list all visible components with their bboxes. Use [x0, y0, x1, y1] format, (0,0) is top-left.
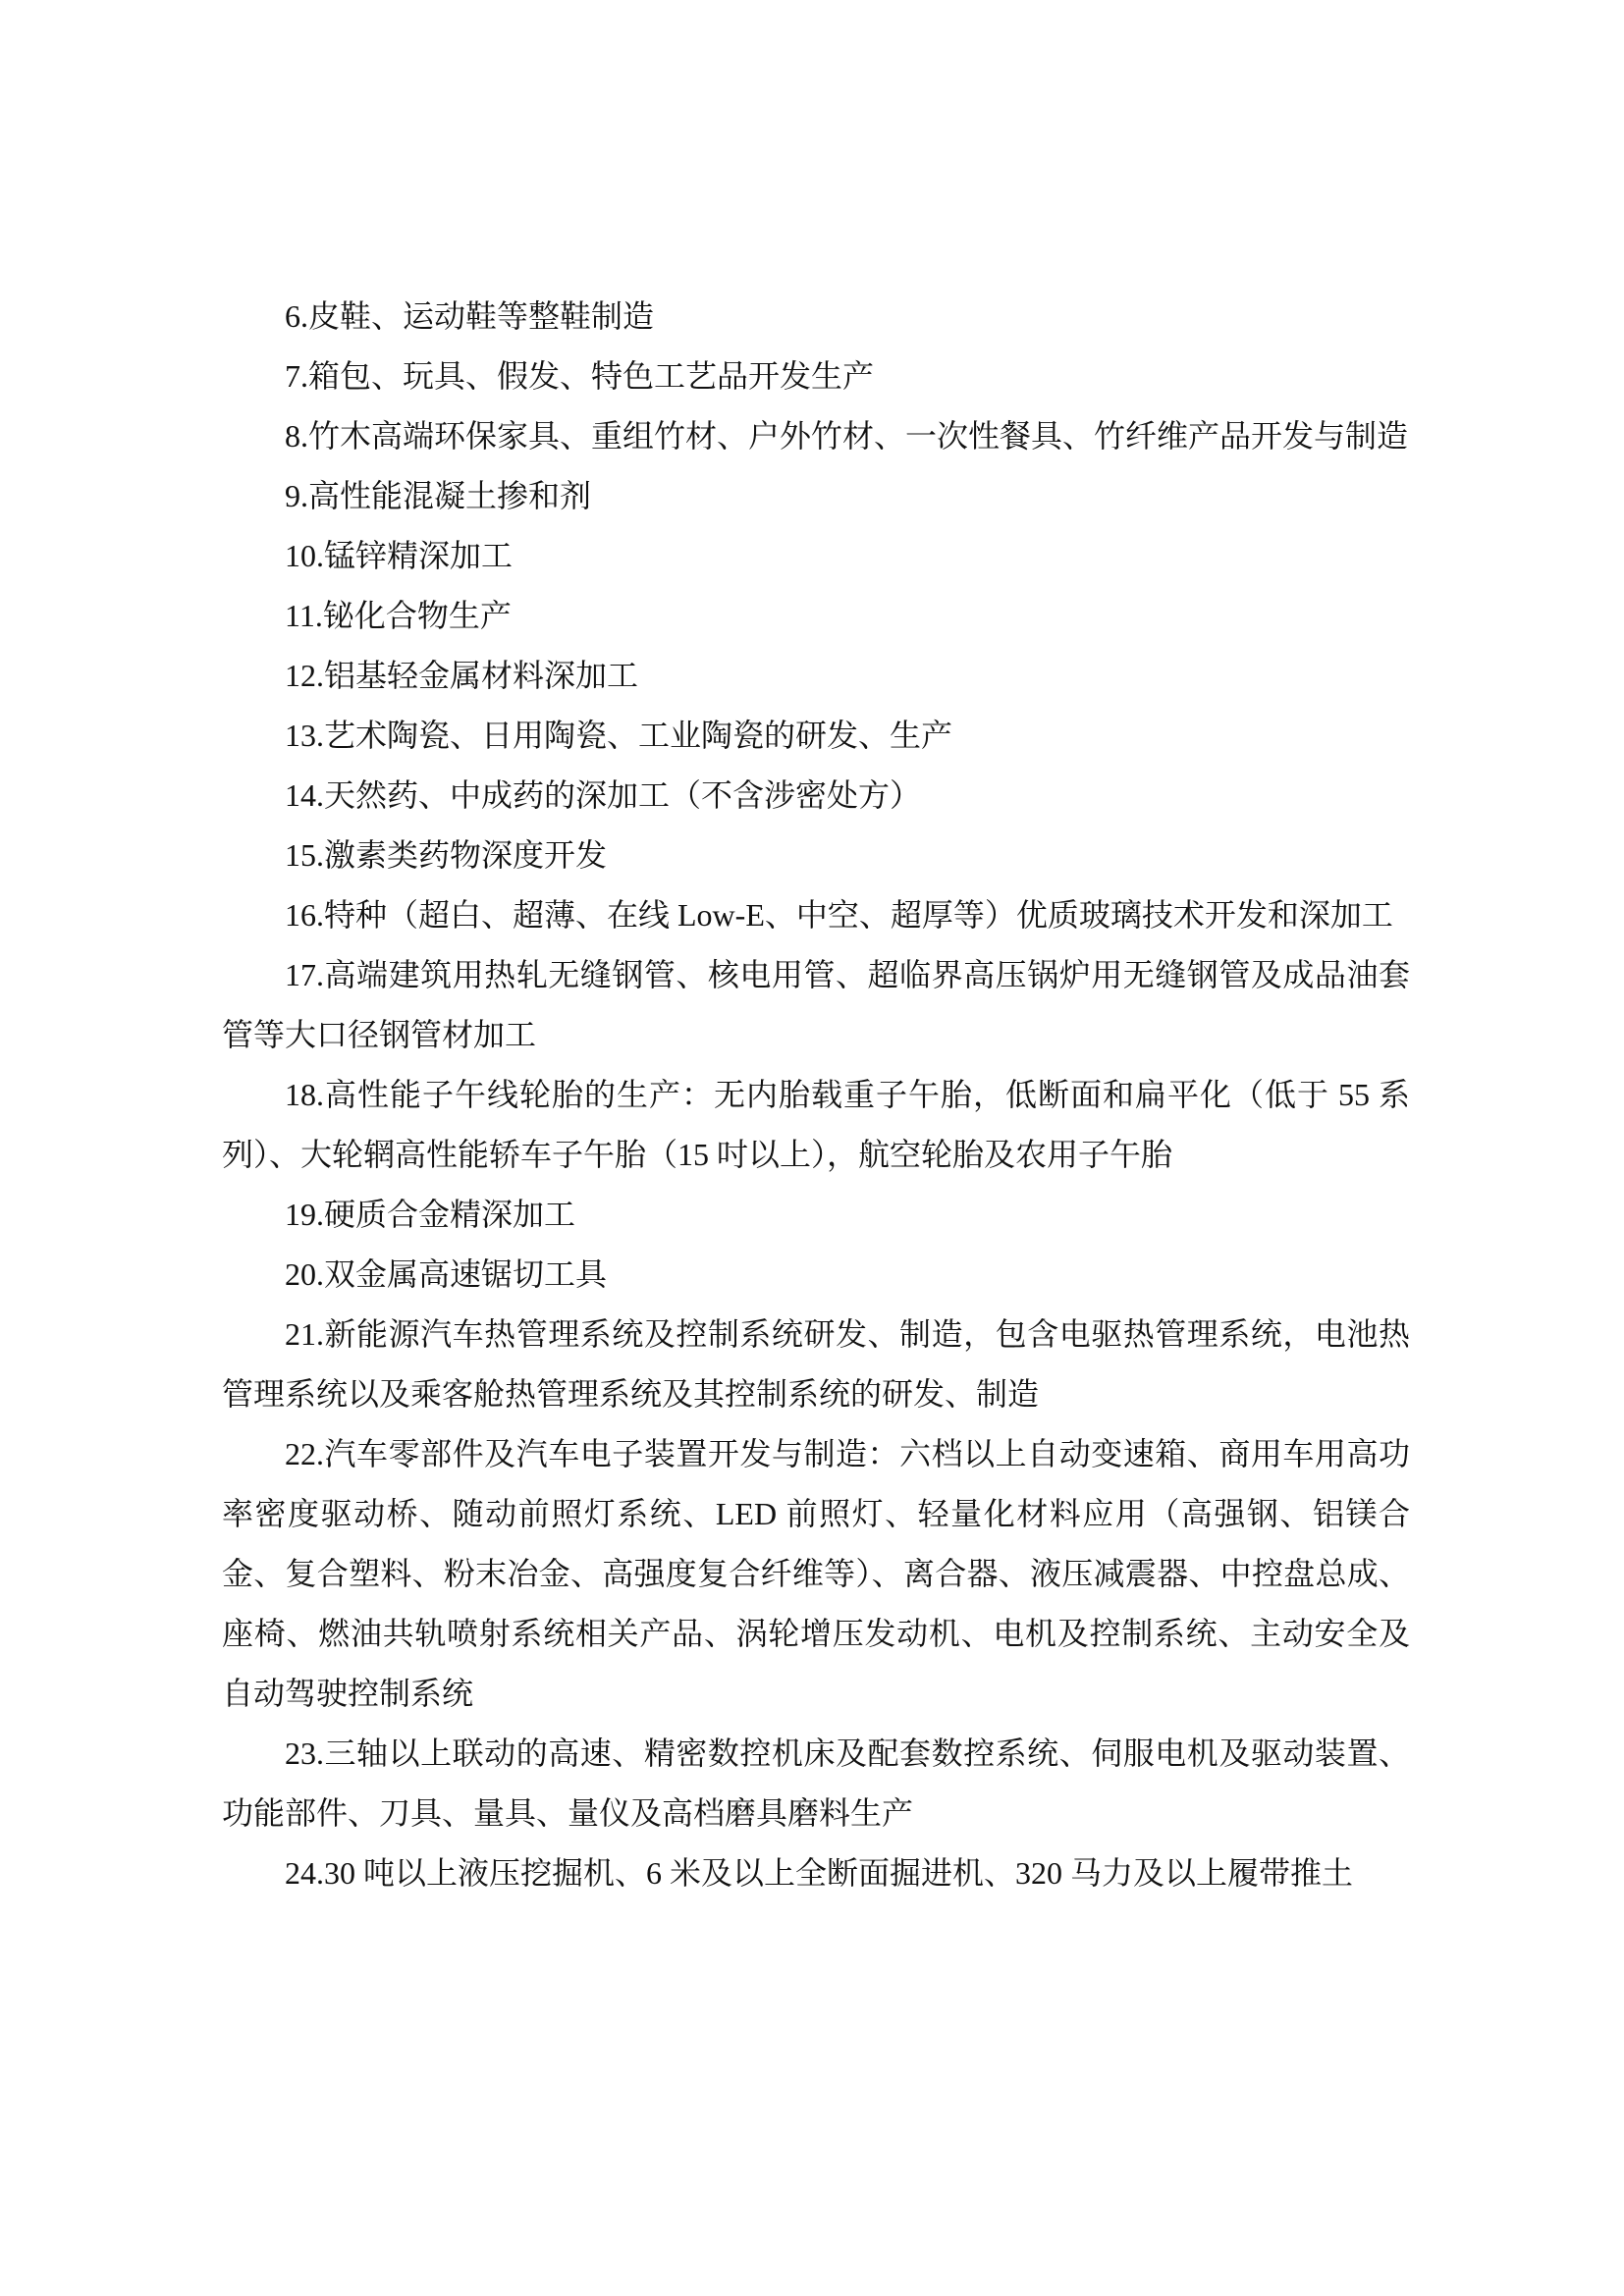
- list-item-14: 14.天然药、中成药的深加工（不含涉密处方）: [222, 766, 1410, 826]
- list-item-8: 8.竹木高端环保家具、重组竹材、户外竹材、一次性餐具、竹纤维产品开发与制造: [222, 406, 1410, 466]
- document-page: 6.皮鞋、运动鞋等整鞋制造 7.箱包、玩具、假发、特色工艺品开发生产 8.竹木高…: [222, 287, 1410, 1903]
- list-item-15: 15.激素类药物深度开发: [222, 826, 1410, 885]
- list-item-24: 24.30 吨以上液压挖掘机、6 米及以上全断面掘进机、320 马力及以上履带推…: [222, 1843, 1410, 1903]
- list-item-11: 11.铋化合物生产: [222, 586, 1410, 646]
- list-item-7: 7.箱包、玩具、假发、特色工艺品开发生产: [222, 347, 1410, 406]
- list-item-13: 13.艺术陶瓷、日用陶瓷、工业陶瓷的研发、生产: [222, 706, 1410, 766]
- list-item-22: 22.汽车零部件及汽车电子装置开发与制造：六档以上自动变速箱、商用车用高功率密度…: [222, 1424, 1410, 1724]
- list-item-19: 19.硬质合金精深加工: [222, 1185, 1410, 1245]
- list-item-10: 10.锰锌精深加工: [222, 526, 1410, 586]
- list-item-12: 12.铝基轻金属材料深加工: [222, 646, 1410, 706]
- list-item-23: 23.三轴以上联动的高速、精密数控机床及配套数控系统、伺服电机及驱动装置、功能部…: [222, 1724, 1410, 1843]
- list-item-6: 6.皮鞋、运动鞋等整鞋制造: [222, 287, 1410, 347]
- list-item-9: 9.高性能混凝土掺和剂: [222, 466, 1410, 526]
- list-item-21: 21.新能源汽车热管理系统及控制系统研发、制造，包含电驱热管理系统，电池热管理系…: [222, 1305, 1410, 1424]
- list-item-20: 20.双金属高速锯切工具: [222, 1245, 1410, 1305]
- list-item-18: 18.高性能子午线轮胎的生产：无内胎载重子午胎，低断面和扁平化（低于 55 系列…: [222, 1065, 1410, 1185]
- list-item-17: 17.高端建筑用热轧无缝钢管、核电用管、超临界高压锅炉用无缝钢管及成品油套管等大…: [222, 945, 1410, 1065]
- list-item-16: 16.特种（超白、超薄、在线 Low-E、中空、超厚等）优质玻璃技术开发和深加工: [222, 885, 1410, 945]
